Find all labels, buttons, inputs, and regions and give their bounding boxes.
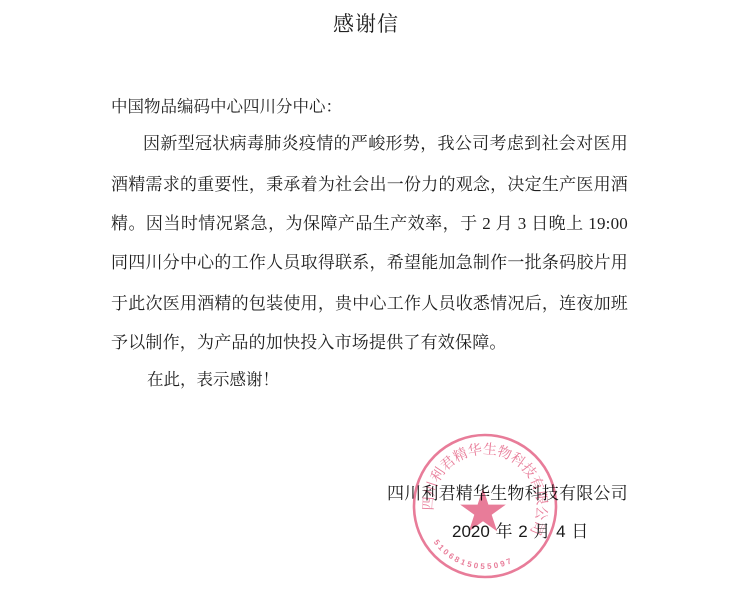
signature-company: 四川利君精华生物科技有限公司 <box>387 482 628 506</box>
letter-page: 感谢信 中国物品编码中心四川分中心： 因新型冠状病毒肺炎疫情的严峻形势，我公司考… <box>0 0 730 609</box>
body-line: 因新型冠状病毒肺炎疫情的严峻形势，我公司考虑到社会对医用 <box>143 132 628 156</box>
body-line: 同四川分中心的工作人员取得联系，希望能加急制作一批条码胶片用 <box>111 251 628 275</box>
body-line: 精。因当时情况紧急，为保障产品生产效率，于 2 月 3 日晚上 19:00 <box>111 212 628 236</box>
seal-ring <box>414 435 556 577</box>
body-line: 于此次医用酒精的包装使用，贵中心工作人员收悉情况后，连夜加班 <box>111 292 628 316</box>
body-line: 予以制作，为产品的加快投入市场提供了有效保障。 <box>111 331 507 355</box>
signature-date: 2020 年 2 月 4 日 <box>452 520 588 544</box>
page-title: 感谢信 <box>300 12 432 38</box>
body-line: 酒精需求的重要性，秉承着为社会出一份力的观念，决定生产医用酒 <box>111 173 628 197</box>
salutation: 中国物品编码中心四川分中心： <box>111 95 342 119</box>
closing-line: 在此，表示感谢！ <box>147 368 279 392</box>
